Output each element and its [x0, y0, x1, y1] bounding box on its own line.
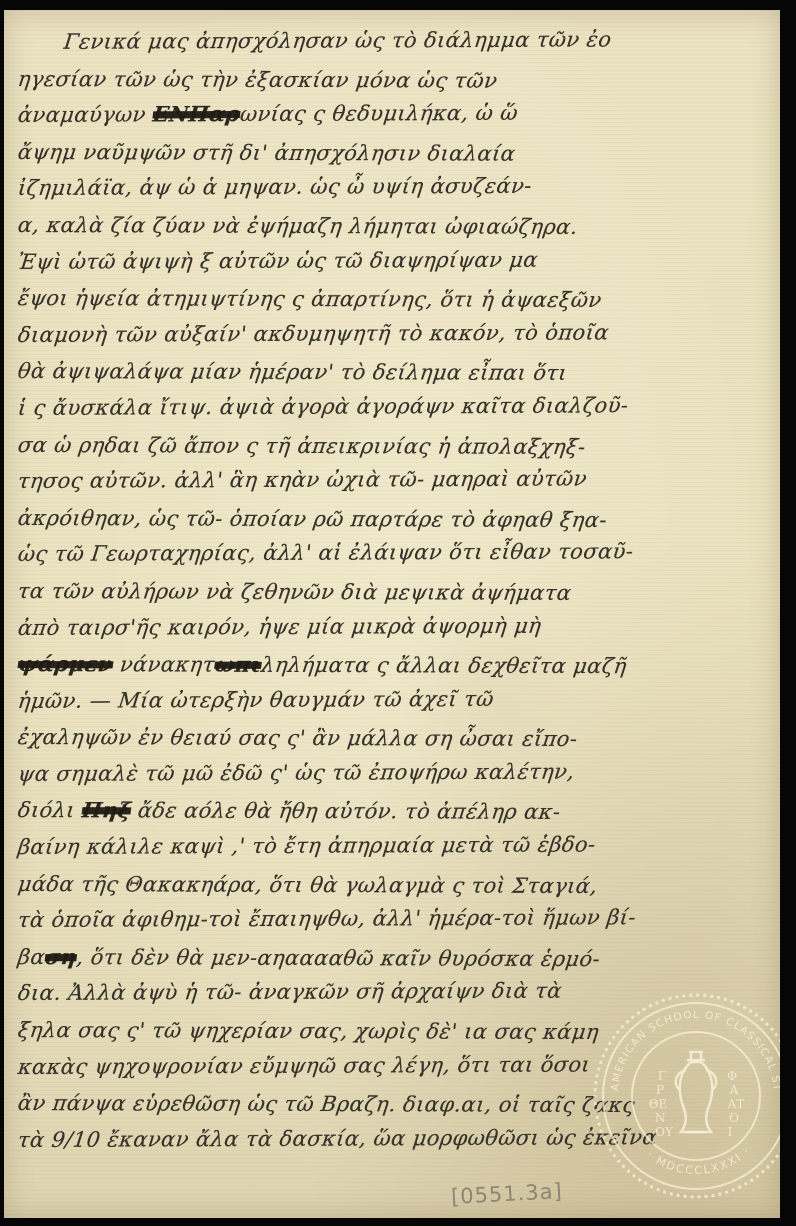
manuscript-line: ἱ ς ἄυσκάλα ἴτιψ. ἀψιὰ ἀγορὰ ἀγοράψν καῖ…: [16, 387, 777, 427]
manuscript-line: ἀναμαύγων ΕΝΠαρωνίας ς θεδυμιλήκα, ὡ ὥ: [16, 94, 777, 134]
manuscript-paper: Γενικά μας ἀπησχόλησαν ὡς τὸ διάλημμα τῶ…: [4, 10, 780, 1218]
scribbled-out-word: ση: [44, 944, 79, 969]
manuscript-line: Ἐψὶ ὡτῶ ἀψιψὴ ξ αὐτῶν ὡς τῶ διαψηρίψαν μ…: [16, 240, 777, 280]
manuscript-line: ἀπὸ ταιρσ'ῆς καιρόν, ἡψε μία μικρὰ ἀψορμ…: [16, 606, 777, 646]
scribbled-out-word: Πηξ: [81, 798, 133, 823]
manuscript-line: Γενικά μας ἀπησχόλησαν ὡς τὸ διάλημμα τῶ…: [16, 21, 777, 61]
manuscript-line: τησος αὐτῶν. ἀλλ' ἃη κηὰν ὠχιὰ τῶ- μαηρα…: [16, 460, 777, 500]
manuscript-line: δια. Ἀλλὰ ἀψὺ ἡ τῶ- ἀναγκῶν σῆ ἀρχαίψν δ…: [16, 972, 777, 1012]
manuscript-line: ἰζημιλάϊα, ἀψ ὡ ἁ μηψαν. ὡς ὦ υψίη ἀσυζε…: [16, 167, 777, 207]
manuscript-line: τὰ ὁποῖα ἀφιθημ-τοὶ ἔπαιηψθω, ἀλλ' ἡμέρα…: [16, 899, 777, 939]
scribbled-out-word: ωπι: [213, 652, 263, 677]
scribbled-out-word: ψάρμεν: [17, 651, 115, 676]
manuscript-line: κακὰς ψηχοψρονίαν εὔμψηῶ σας λέγη, ὅτι τ…: [16, 1045, 777, 1085]
pencil-catalog-number: [0551.3a]: [450, 1179, 563, 1209]
manuscript-line: ἡμῶν. — Μία ὠτερξὴν θαυγμάν τῶ ἀχεῖ τῶ: [16, 679, 777, 719]
manuscript-line: ψα σημαλὲ τῶ μῶ ἐδῶ ς' ὡς τῶ ἐποψήρω καλ…: [16, 753, 777, 793]
manuscript-line: βαίνη κάλιλε καψὶ ,' τὸ ἔτη ἀπηρμαία μετ…: [16, 826, 777, 866]
scribbled-out-word: ΕΝΠαρ: [152, 101, 242, 126]
manuscript-line: διαμονὴ τῶν αὐξαίν' ακδυμηψητῆ τὸ κακόν,…: [16, 313, 777, 353]
handwritten-text-block: Γενικά μας ἀπησχόλησαν ὡς τὸ διάλημμα τῶ…: [18, 24, 774, 1158]
manuscript-photo: { "document": { "kind": "handwritten Gre…: [0, 0, 796, 1226]
manuscript-line: τὰ 9/10 ἔκαναν ἄλα τὰ δασκία, ὥα μορφωθῶ…: [16, 1119, 777, 1159]
manuscript-line: ὡς τῶ Γεωρταχηρίας, ἀλλ' αἱ ἐλάιψαν ὅτι …: [16, 533, 777, 573]
